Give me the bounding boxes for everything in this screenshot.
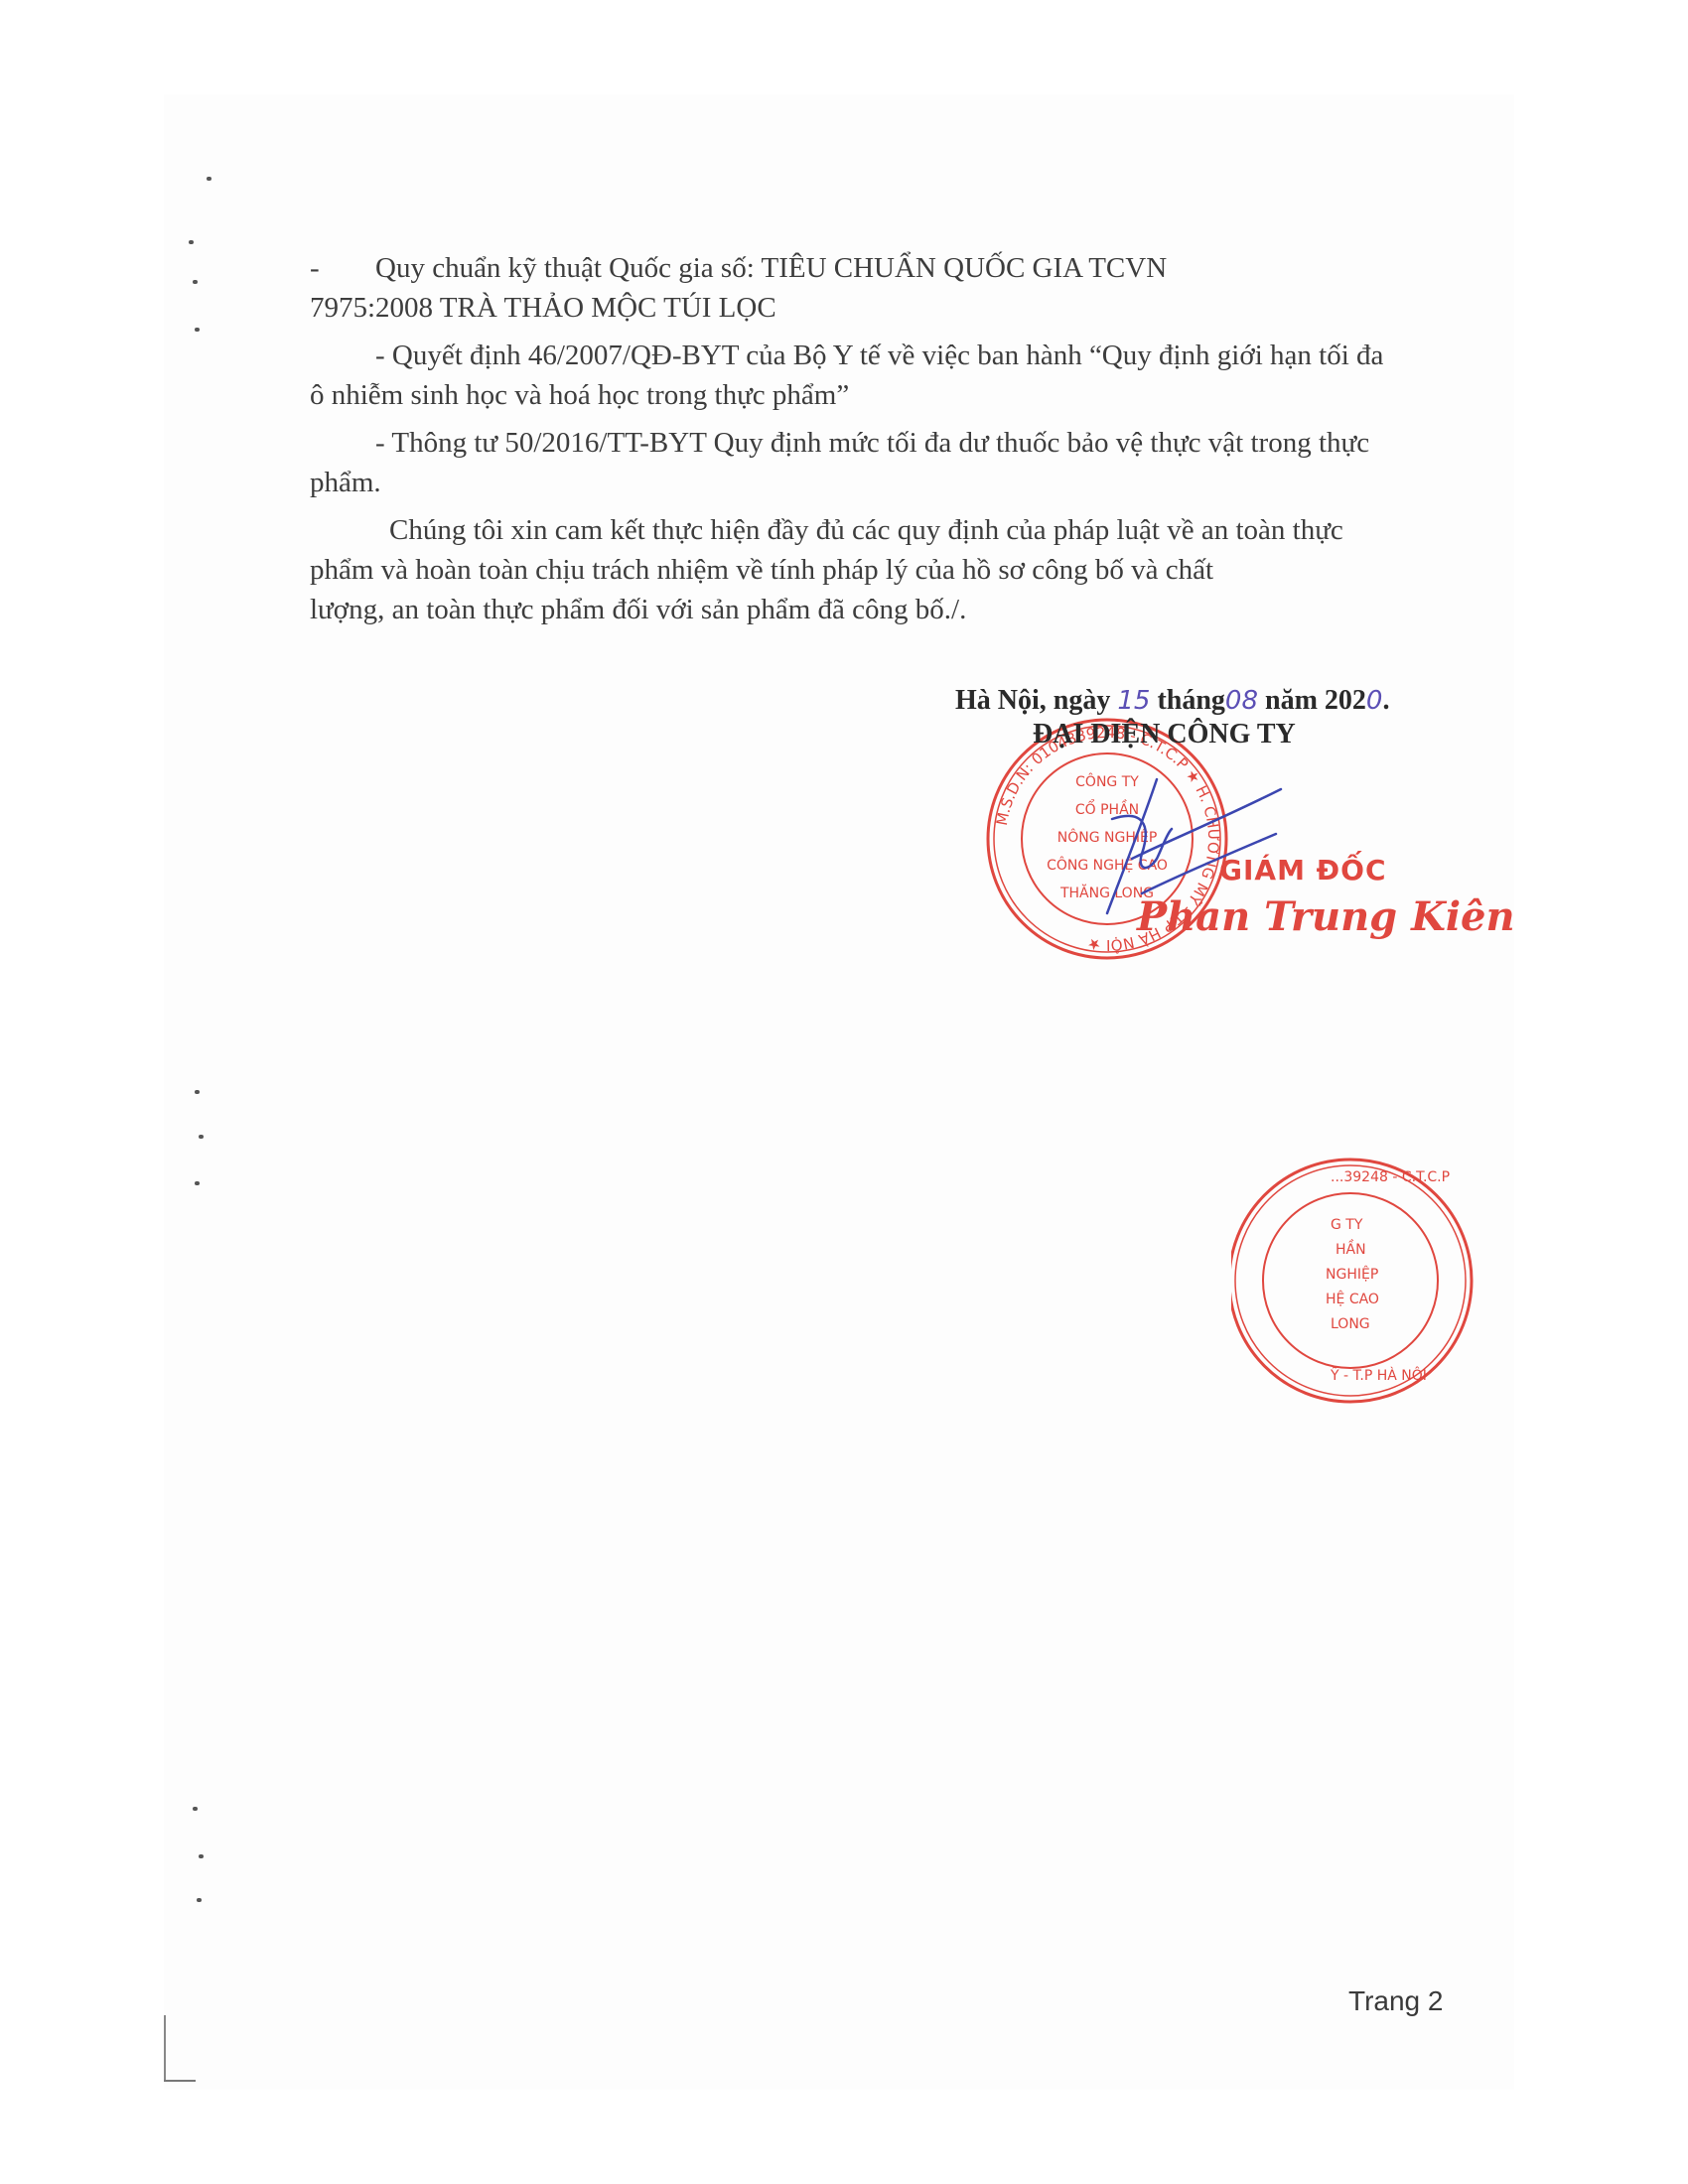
standard-line-2: 7975:2008 TRÀ THẢO MỘC TÚI LỌC [310, 288, 1442, 328]
scan-mark [195, 1181, 200, 1185]
edge-seal-line: NGHIỆP [1326, 1265, 1378, 1283]
decision-paragraph: - Quyết định 46/2007/QĐ-BYT của Bộ Y tế … [310, 336, 1442, 415]
date-month-label: tháng [1150, 685, 1224, 716]
scan-mark [193, 1807, 198, 1811]
decision-line-1: - Quyết định 46/2007/QĐ-BYT của Bộ Y tế … [310, 336, 1442, 375]
scan-mark [199, 1135, 204, 1139]
date-month-handwritten: 08 [1225, 686, 1258, 716]
edge-seal: ...39248 - C.T.C.P G TY HẦN NGHIỆP HỆ CA… [1231, 1152, 1479, 1410]
scan-mark [189, 240, 194, 244]
representative-title: ĐẠI DIỆN CÔNG TY [1033, 719, 1296, 751]
date-prefix: Hà Nội, ngày [955, 685, 1117, 716]
commitment-line-1: Chúng tôi xin cam kết thực hiện đầy đủ c… [310, 510, 1442, 550]
scan-mark [193, 280, 198, 284]
scan-mark [195, 1090, 200, 1094]
director-name: Phan Trung Kiên [1137, 893, 1515, 940]
edge-seal-line: G TY [1331, 1217, 1363, 1233]
document-body: - Quy chuẩn kỹ thuật Quốc gia số: TIÊU C… [310, 248, 1442, 637]
date-suffix: . [1382, 685, 1389, 716]
date-day-handwritten: 15 [1117, 686, 1150, 716]
standard-paragraph: - Quy chuẩn kỹ thuật Quốc gia số: TIÊU C… [310, 248, 1442, 328]
edge-seal-line: HẦN [1336, 1239, 1366, 1258]
signing-date: Hà Nội, ngày 15 tháng08 năm 2020. [955, 685, 1389, 717]
commitment-line-3: lượng, an toàn thực phẩm đối với sản phẩ… [310, 590, 1442, 629]
commitment-line-2: phẩm và hoàn toàn chịu trách nhiệm về tí… [310, 550, 1442, 590]
date-year-handwritten: 0 [1366, 686, 1383, 716]
page-edge-mark [164, 2080, 196, 2082]
page-number: Trang 2 [1348, 1985, 1443, 2017]
bullet-dash: - [310, 248, 375, 288]
director-title: GIÁM ĐỐC [1219, 854, 1387, 887]
scan-mark [195, 328, 200, 332]
scan-mark [199, 1854, 204, 1858]
edge-seal-line: LONG [1331, 1316, 1370, 1332]
date-year-label: năm 202 [1258, 685, 1366, 716]
commitment-paragraph: Chúng tôi xin cam kết thực hiện đầy đủ c… [310, 510, 1442, 629]
edge-seal-line: Ỹ - T.P HÀ NỘI [1330, 1366, 1427, 1384]
edge-seal-line: HỆ CAO [1326, 1290, 1379, 1307]
scan-mark [197, 1898, 202, 1902]
page-edge-mark [164, 2015, 166, 2081]
standard-line-1: Quy chuẩn kỹ thuật Quốc gia số: TIÊU CHU… [375, 248, 1167, 288]
scan-mark [207, 177, 211, 181]
decision-line-2: ô nhiễm sinh học và hoá học trong thực p… [310, 375, 1442, 415]
circular-paragraph: - Thông tư 50/2016/TT-BYT Quy định mức t… [310, 423, 1442, 502]
circular-line-1: - Thông tư 50/2016/TT-BYT Quy định mức t… [310, 423, 1442, 463]
edge-seal-line: ...39248 - C.T.C.P [1331, 1169, 1450, 1185]
circular-line-2: phẩm. [310, 463, 1442, 502]
